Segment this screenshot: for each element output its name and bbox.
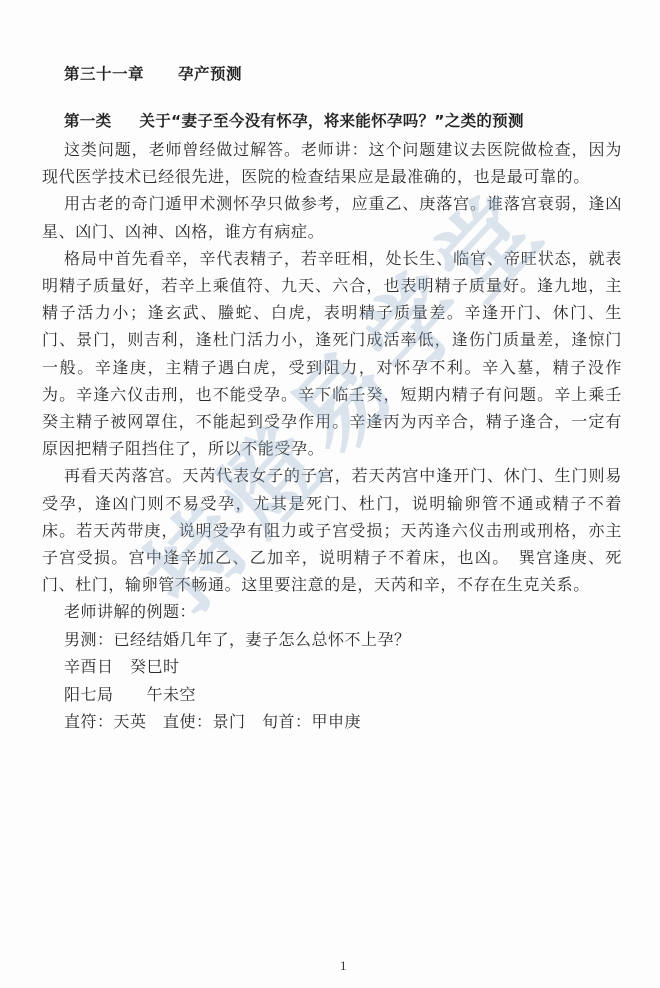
page-number: 1 bbox=[340, 958, 347, 974]
example-ju-kong: 阳七局 午未空 bbox=[64, 681, 622, 709]
chapter-title: 孕产预测 bbox=[178, 65, 242, 83]
chapter-number: 第三十一章 bbox=[64, 65, 144, 83]
section-heading: 第一类关于“妻子至今没有怀孕，将来能怀孕吗？”之类的预测 bbox=[64, 108, 622, 134]
section-title: 关于“妻子至今没有怀孕，将来能怀孕吗？”之类的预测 bbox=[139, 112, 523, 130]
paragraph-intro: 这类问题，老师曾经做过解答。老师讲：这个问题建议去医院做检查，因为现代医学技术已… bbox=[42, 136, 622, 190]
example-intro: 老师讲解的例题： bbox=[64, 598, 622, 626]
chapter-heading: 第三十一章孕产预测 bbox=[64, 62, 622, 86]
example-question: 男测：已经结婚几年了，妻子怎么总怀不上孕？ bbox=[64, 626, 622, 654]
document-page: 第三十一章孕产预测 第一类关于“妻子至今没有怀孕，将来能怀孕吗？”之类的预测 这… bbox=[0, 0, 660, 988]
section-label: 第一类 bbox=[64, 112, 111, 130]
page-content: 第三十一章孕产预测 第一类关于“妻子至今没有怀孕，将来能怀孕吗？”之类的预测 这… bbox=[42, 62, 622, 736]
paragraph-xin: 格局中首先看辛，辛代表精子，若辛旺相，处长生、临官、帝旺状态，就表明精子质量好，… bbox=[42, 245, 622, 463]
example-zhi: 直符：天英 直使：景门 旬首：甲申庚 bbox=[64, 708, 622, 736]
example-day-hour: 辛酉日 癸巳时 bbox=[64, 653, 622, 681]
paragraph-qimen: 用古老的奇门遁甲术测怀孕只做参考，应重乙、庚落宫。谁落宫衰弱，逢凶星、凶门、凶神… bbox=[42, 190, 622, 244]
paragraph-tianrui: 再看天芮落宫。天芮代表女子的子宫，若天芮宫中逢开门、休门、生门则易受孕，逢凶门则… bbox=[42, 462, 622, 598]
